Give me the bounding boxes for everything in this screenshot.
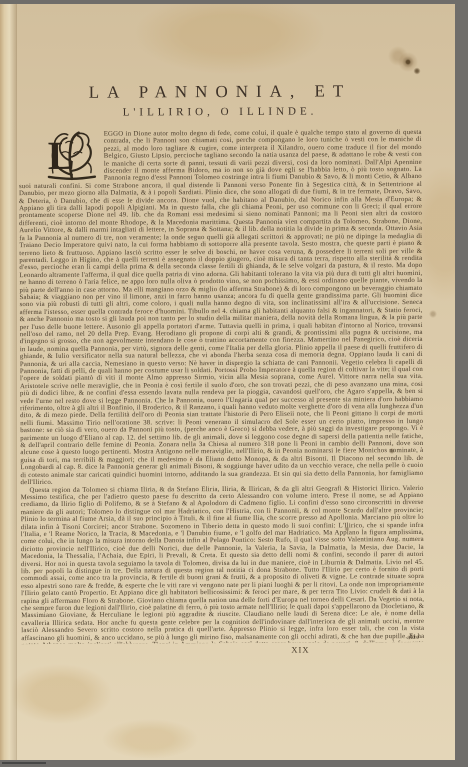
drop-cap-letter: L <box>48 133 75 179</box>
paragraph-1-text: EGGO in Dione autor molto degno di fede,… <box>19 129 424 486</box>
title-line-1: LA PANNONIA, ET <box>18 81 421 103</box>
opening-paragraph: L EGGO in Dione autor molto degno di fed… <box>19 129 424 487</box>
folio-number: XIX <box>291 645 309 655</box>
second-paragraph: Questa region da Tolomeo si chiama Iliri… <box>21 484 425 644</box>
body-text-block: L EGGO in Dione autor molto degno di fed… <box>19 129 425 644</box>
scanned-book-photo: { "colors": { "paper": "#ddcdad", "ink":… <box>0 0 468 767</box>
paper-sheet: LA PANNONIA, ET L'ILLIRIO, O ILLINDE. <box>0 4 455 760</box>
title-line-2: L'ILLIRIO, O ILLINDE. <box>19 105 422 119</box>
drop-cap: L <box>44 131 100 181</box>
chapter-title: LA PANNONIA, ET L'ILLIRIO, O ILLINDE. <box>18 81 421 119</box>
dropcap-indent-spacer <box>19 131 44 181</box>
page-content: LA PANNONIA, ET L'ILLIRIO, O ILLINDE. <box>0 3 459 761</box>
scan-artifact-line <box>2 762 46 764</box>
catchword: altre <box>333 634 419 641</box>
